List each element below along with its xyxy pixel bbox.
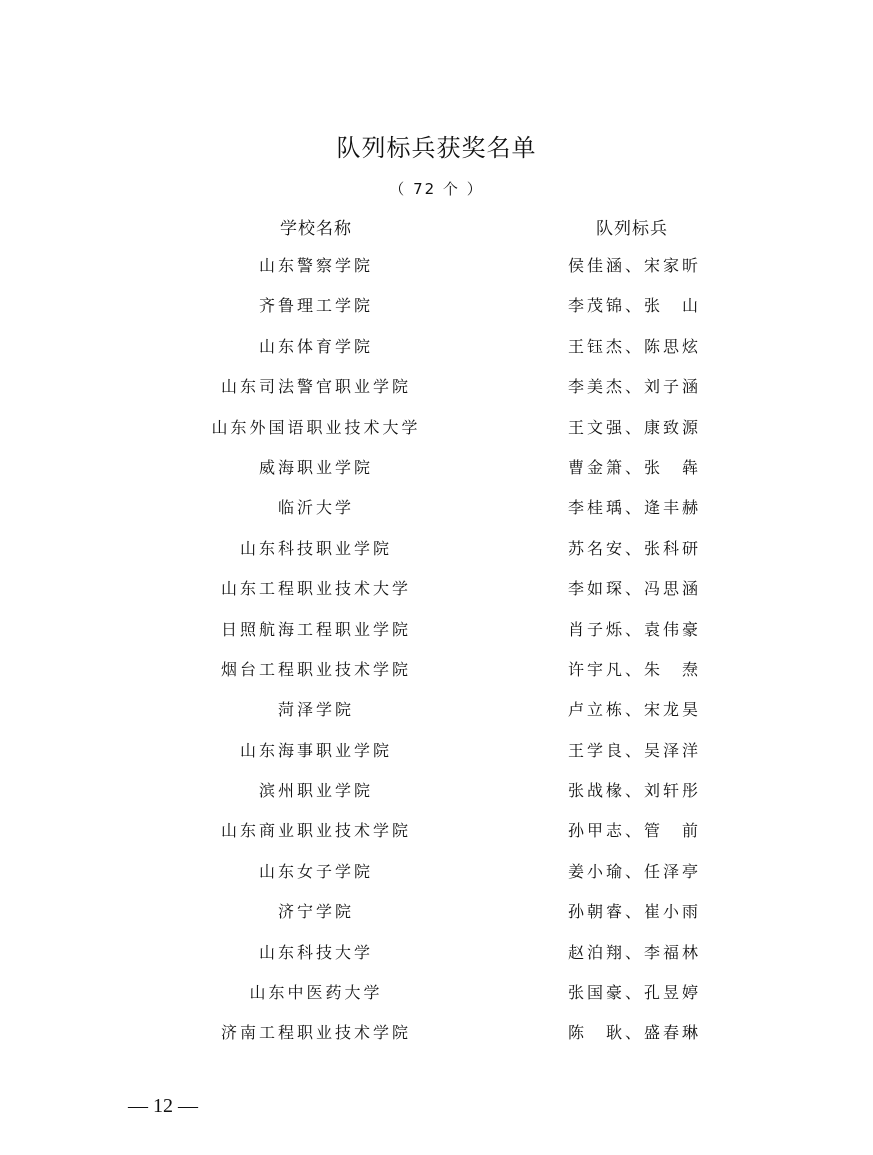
cadet-names: 孙甲志、管 前 [568,819,698,843]
cadet-names: 王文强、康致源 [568,416,698,440]
school-name: 山东工程职业技术大学 [196,577,436,601]
school-name: 山东体育学院 [196,335,436,359]
cadet-names: 李如琛、冯思涵 [568,577,698,601]
school-name: 山东中医药大学 [196,981,436,1005]
table-row: 临沂大学李桂瑀、逄丰赫 [0,496,873,536]
cadet-names: 李桂瑀、逄丰赫 [568,496,698,520]
cadet-names: 李茂锦、张 山 [568,294,698,318]
school-name: 山东科技职业学院 [196,537,436,561]
page-title: 队列标兵获奖名单 [0,128,873,163]
table-row: 济宁学院孙朝睿、崔小雨 [0,900,873,940]
cadet-names: 王钰杰、陈思炫 [568,335,698,359]
cadet-names: 赵泊翔、李福林 [568,941,698,965]
table-row: 山东工程职业技术大学李如琛、冯思涵 [0,577,873,617]
school-name: 滨州职业学院 [196,779,436,803]
table-row: 山东中医药大学张国豪、孔昱婷 [0,981,873,1021]
table-row: 菏泽学院卢立栋、宋龙昊 [0,698,873,738]
school-name: 威海职业学院 [196,456,436,480]
table-row: 山东海事职业学院王学良、吴泽洋 [0,739,873,779]
cadet-names: 苏名安、张科研 [568,537,698,561]
cadet-names: 曹金箫、张 犇 [568,456,698,480]
table-row: 山东警察学院侯佳涵、宋家昕 [0,254,873,294]
school-name: 烟台工程职业技术学院 [196,658,436,682]
school-name: 山东科技大学 [196,941,436,965]
school-name: 山东海事职业学院 [196,739,436,763]
award-list: 山东警察学院侯佳涵、宋家昕 齐鲁理工学院李茂锦、张 山 山东体育学院王钰杰、陈思… [0,254,873,1062]
page-number: — 12 — [128,1095,198,1118]
cadet-names: 李美杰、刘子涵 [568,375,698,399]
cadet-names: 张战椽、刘轩彤 [568,779,698,803]
school-name: 山东警察学院 [196,254,436,278]
table-row: 山东女子学院姜小瑜、任泽亭 [0,860,873,900]
cadet-names: 许宇凡、朱 焘 [568,658,698,682]
column-header-school: 学校名称 [280,214,352,239]
cadet-names: 侯佳涵、宋家昕 [568,254,698,278]
column-header-cadets: 队列标兵 [596,214,668,239]
school-name: 山东商业职业技术学院 [196,819,436,843]
school-name: 菏泽学院 [196,698,436,722]
school-name: 齐鲁理工学院 [196,294,436,318]
table-row: 山东外国语职业技术大学王文强、康致源 [0,416,873,456]
table-row: 山东商业职业技术学院孙甲志、管 前 [0,819,873,859]
table-row: 山东司法警官职业学院李美杰、刘子涵 [0,375,873,415]
table-row: 山东科技职业学院苏名安、张科研 [0,537,873,577]
school-name: 济宁学院 [196,900,436,924]
table-row: 威海职业学院曹金箫、张 犇 [0,456,873,496]
table-row: 齐鲁理工学院李茂锦、张 山 [0,294,873,334]
award-count: （ 72 个 ） [0,178,873,199]
school-name: 山东司法警官职业学院 [196,375,436,399]
school-name: 日照航海工程职业学院 [196,618,436,642]
table-row: 山东科技大学赵泊翔、李福林 [0,941,873,981]
table-row: 日照航海工程职业学院肖子烁、袁伟豪 [0,618,873,658]
school-name: 临沂大学 [196,496,436,520]
cadet-names: 陈 耿、盛春琳 [568,1021,698,1045]
cadet-names: 孙朝睿、崔小雨 [568,900,698,924]
school-name: 济南工程职业技术学院 [196,1021,436,1045]
table-row: 烟台工程职业技术学院许宇凡、朱 焘 [0,658,873,698]
cadet-names: 肖子烁、袁伟豪 [568,618,698,642]
school-name: 山东女子学院 [196,860,436,884]
cadet-names: 张国豪、孔昱婷 [568,981,698,1005]
table-row: 滨州职业学院张战椽、刘轩彤 [0,779,873,819]
table-row: 济南工程职业技术学院陈 耿、盛春琳 [0,1021,873,1061]
school-name: 山东外国语职业技术大学 [196,416,436,440]
cadet-names: 王学良、吴泽洋 [568,739,698,763]
cadet-names: 卢立栋、宋龙昊 [568,698,698,722]
cadet-names: 姜小瑜、任泽亭 [568,860,698,884]
table-row: 山东体育学院王钰杰、陈思炫 [0,335,873,375]
